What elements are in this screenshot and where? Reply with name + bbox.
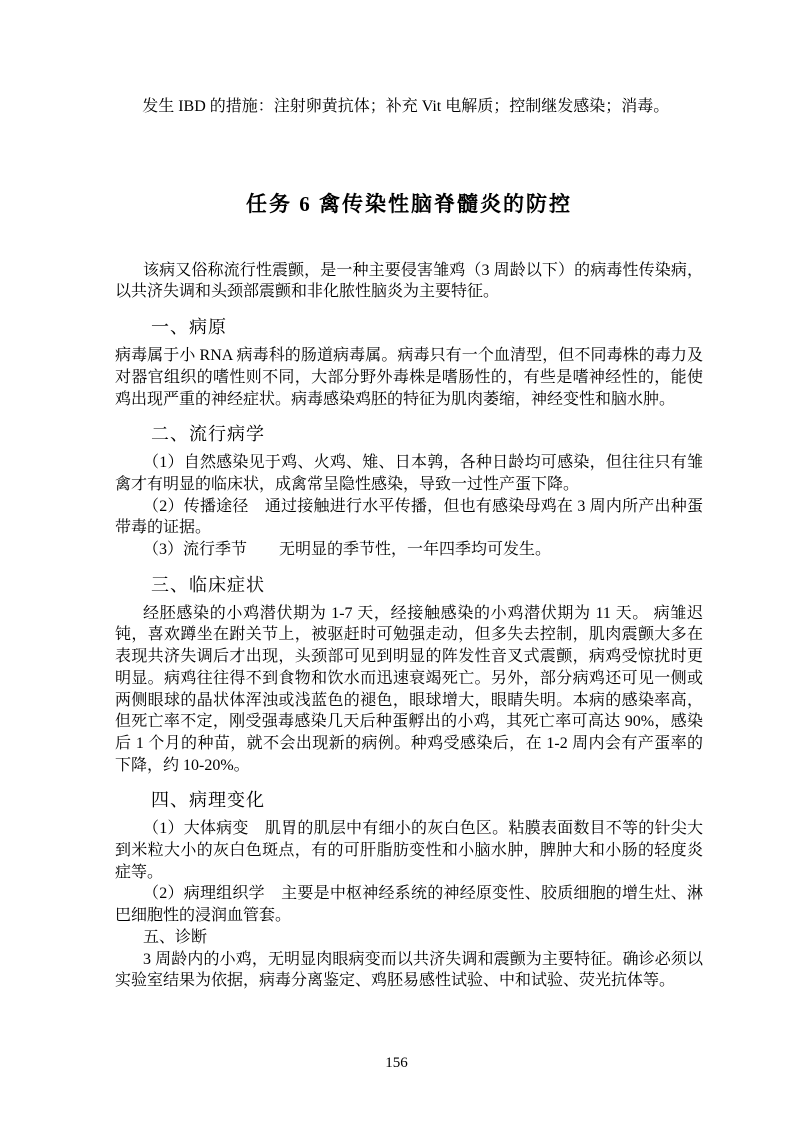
body-paragraph: （1）自然感染见于鸡、火鸡、雉、日本鹑，各种日龄均可感染，但往往只有雏禽才有明显… [115,452,703,495]
section-heading: 二、流行病学 [115,422,703,446]
body-paragraph: （1）大体病变 肌胃的肌层中有细小的灰白色区。粘膜表面数目不等的针尖大到米粒大小… [115,818,703,883]
chapter-title: 任务 6 禽传染性脑脊髓炎的防控 [115,190,703,218]
body-paragraph: （2）病理组织学 主要是中枢神经系统的神经原变性、胶质细胞的增生灶、淋巴细胞性的… [115,883,703,926]
sections-container: 一、病原病毒属于小 RNA 病毒科的肠道病毒属。病毒只有一个血清型，但不同毒株的… [115,315,703,992]
section-heading: 三、临床症状 [115,573,703,597]
carryover-paragraph: 发生 IBD 的措施：注射卵黄抗体；补充 Vit 电解质；控制继发感染；消毒。 [115,96,703,118]
body-paragraph: 经胚感染的小鸡潜伏期为 1-7 天，经接触感染的小鸡潜伏期为 11 天。 病雏迟… [115,603,703,777]
body-paragraph: （3）流行季节 无明显的季节性，一年四季均可发生。 [115,539,703,561]
body-paragraph: 病毒属于小 RNA 病毒科的肠道病毒属。病毒只有一个血清型，但不同毒株的毒力及对… [115,345,703,410]
section-heading: 一、病原 [115,315,703,339]
section-heading: 五、诊断 [115,927,703,949]
body-paragraph: 3 周龄内的小鸡，无明显肉眼病变而以共济失调和震颤为主要特征。确诊必须以实验室结… [115,949,703,992]
document-page: 发生 IBD 的措施：注射卵黄抗体；补充 Vit 电解质；控制继发感染；消毒。 … [0,0,793,1122]
intro-paragraph: 该病又俗称流行性震颤，是一种主要侵害雏鸡（3 周龄以下）的病毒性传染病，以共济失… [115,260,703,303]
page-number: 156 [0,1054,793,1072]
body-paragraph: （2）传播途径 通过接触进行水平传播，但也有感染母鸡在 3 周内所产出种蛋带毒的… [115,496,703,539]
section-heading: 四、病理变化 [115,788,703,812]
